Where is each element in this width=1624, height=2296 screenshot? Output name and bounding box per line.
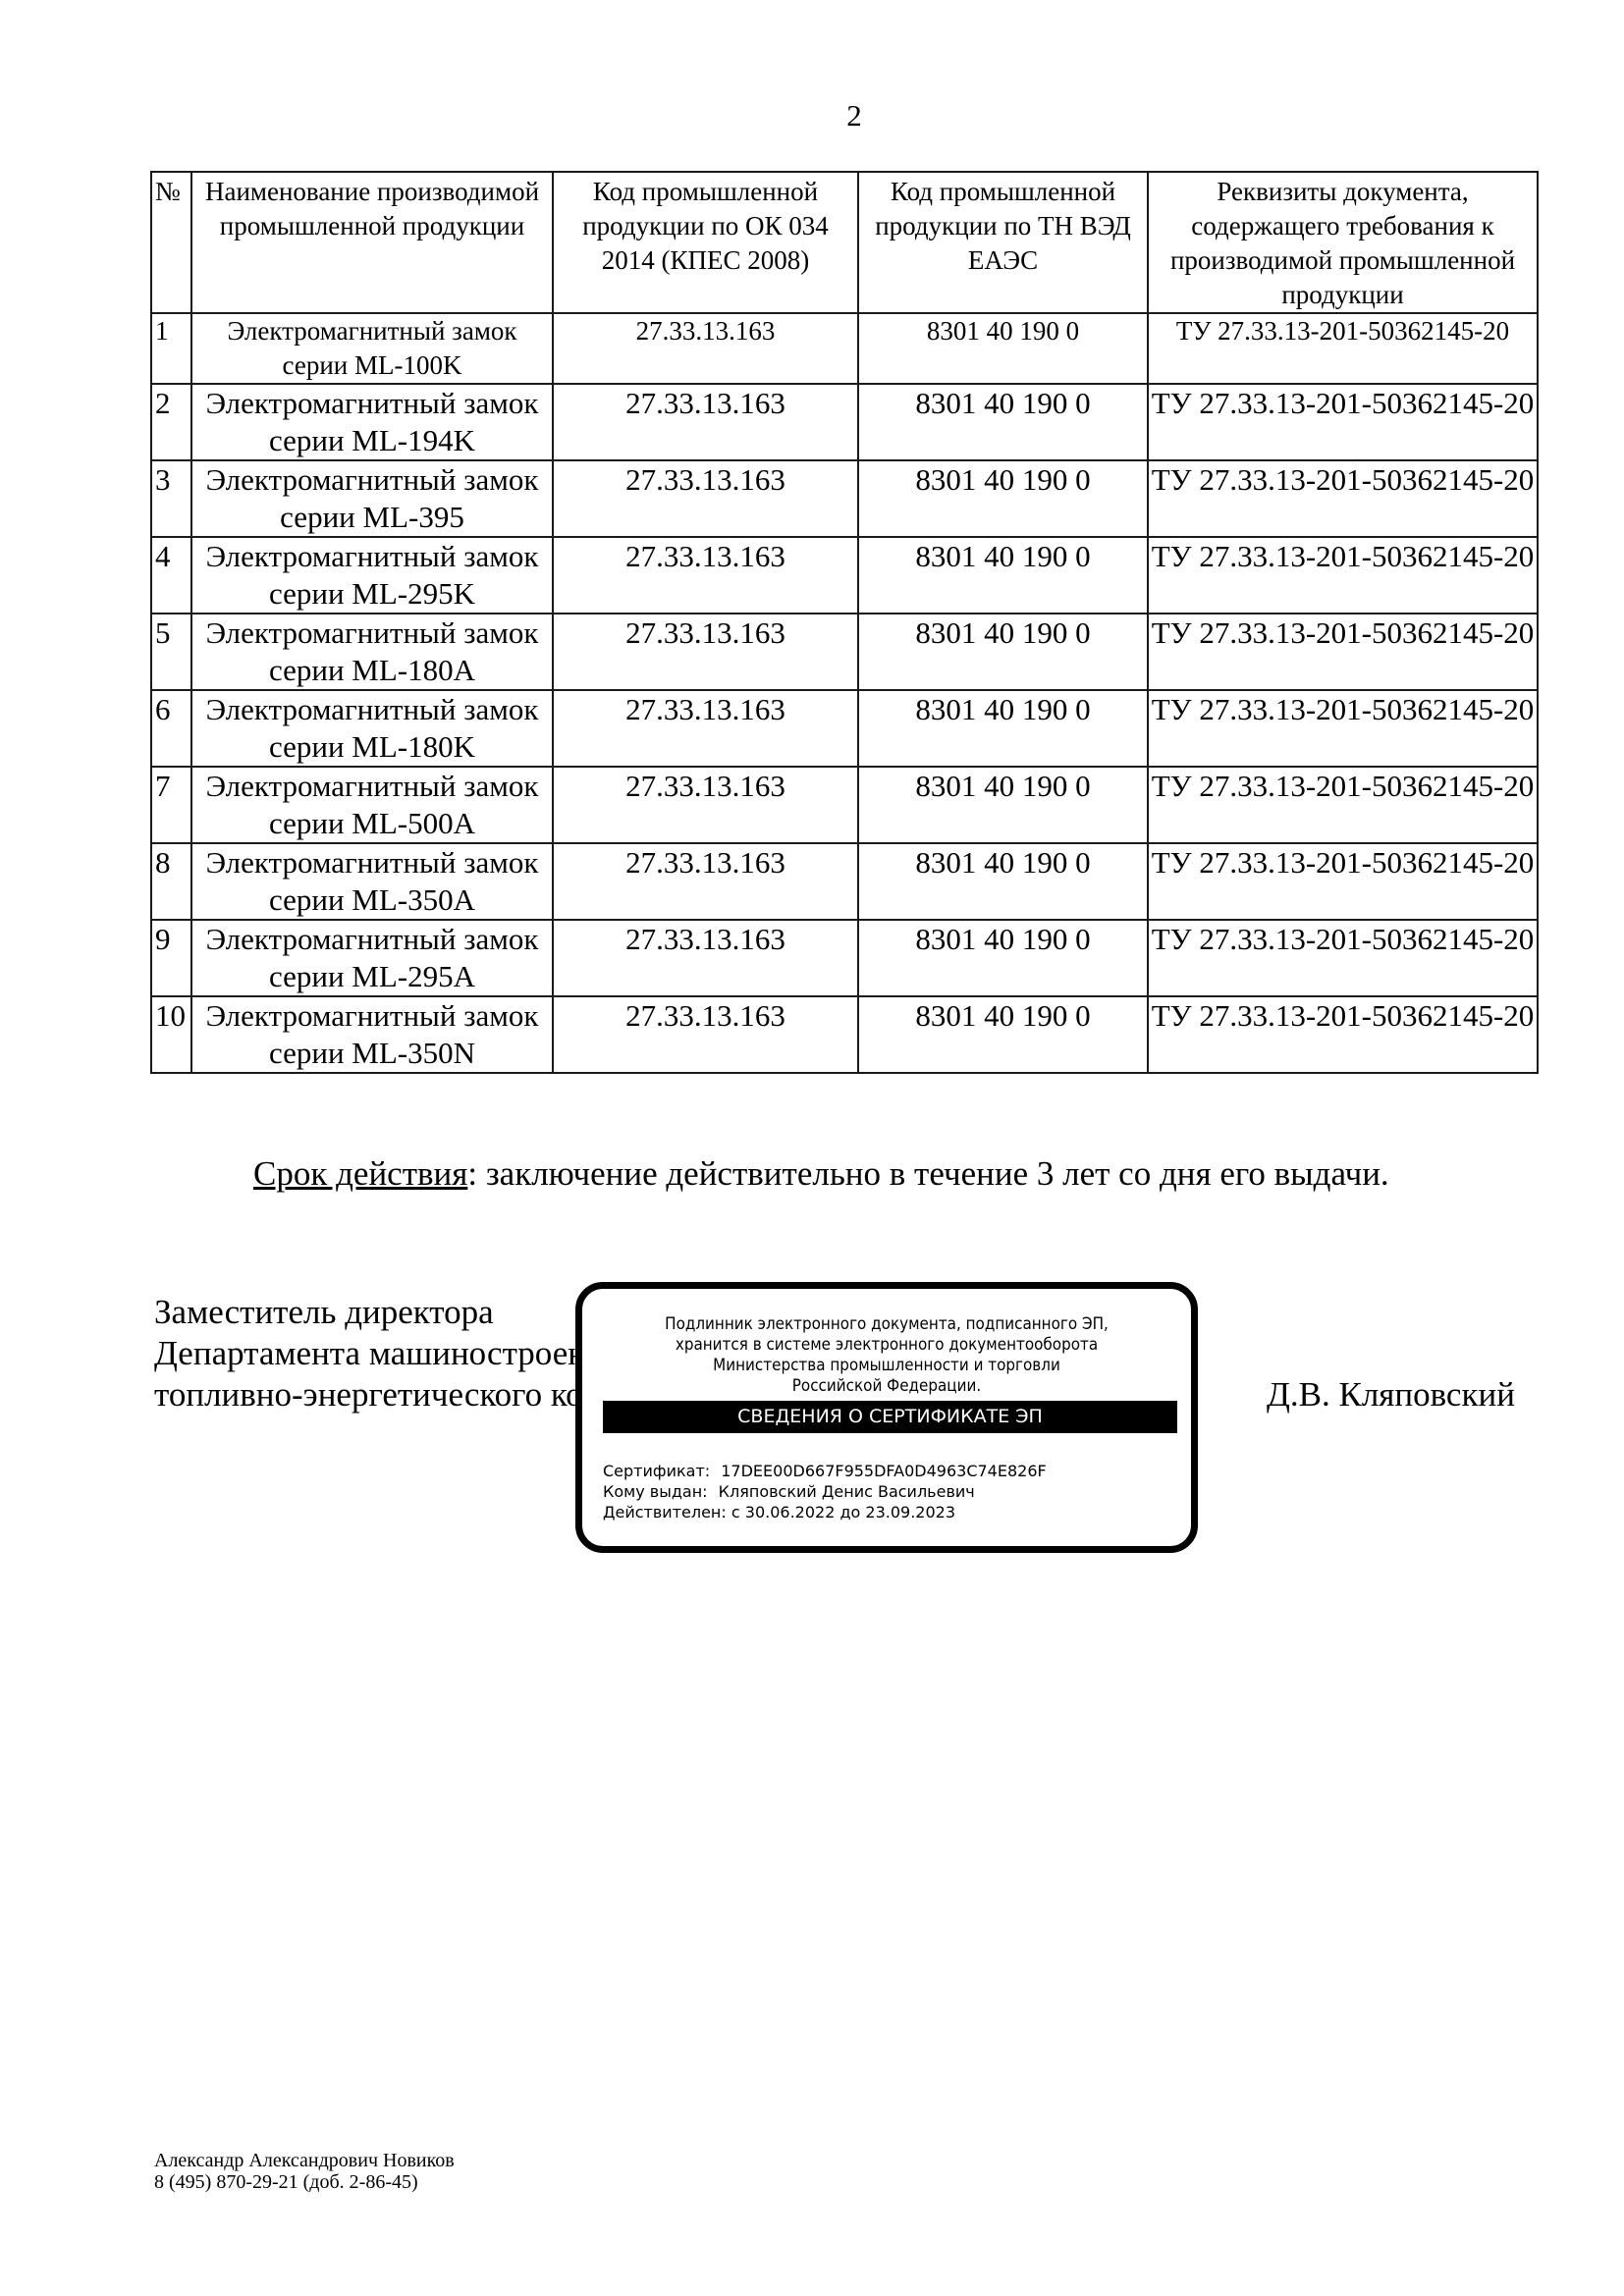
cell-okpd: 27.33.13.163	[553, 690, 858, 767]
cert-owner-value: Кляповский Денис Васильевич	[719, 1482, 975, 1501]
table-row: 10Электромагнитный замок серии ML-350N27…	[151, 996, 1538, 1073]
cell-tu: ТУ 27.33.13-201-50362145-20	[1148, 384, 1538, 460]
table-row: 5Электромагнитный замок серии ML-180A27.…	[151, 614, 1538, 690]
cert-number-value: 17DEE00D667F955DFA0D4963C74E826F	[721, 1462, 1046, 1480]
cert-owner-row: Кому выдан: Кляповский Денис Васильевич	[603, 1481, 1047, 1502]
cert-owner-label: Кому выдан:	[603, 1482, 708, 1501]
header-num: №	[151, 172, 191, 313]
cell-tnved: 8301 40 190 0	[858, 537, 1148, 614]
cell-tnved: 8301 40 190 0	[858, 313, 1148, 384]
cell-name: Электромагнитный замок серии ML-295K	[191, 537, 553, 614]
cell-tu: ТУ 27.33.13-201-50362145-20	[1148, 767, 1538, 843]
table-header-row: № Наименование производимой промышленной…	[151, 172, 1538, 313]
table-row: 8Электромагнитный замок серии ML-350A27.…	[151, 843, 1538, 920]
cell-num: 6	[151, 690, 191, 767]
cell-okpd: 27.33.13.163	[553, 384, 858, 460]
cell-tu: ТУ 27.33.13-201-50362145-20	[1148, 537, 1538, 614]
header-tnved: Код промышленной продукции по ТН ВЭД ЕАЭ…	[858, 172, 1148, 313]
stamp-notice-line: Российской Федерации.	[607, 1375, 1166, 1396]
cell-tu: ТУ 27.33.13-201-50362145-20	[1148, 920, 1538, 996]
cert-number-label: Сертификат:	[603, 1462, 710, 1480]
cell-okpd: 27.33.13.163	[553, 843, 858, 920]
cell-tnved: 8301 40 190 0	[858, 996, 1148, 1073]
cell-name: Электромагнитный замок серии ML-500A	[191, 767, 553, 843]
header-name: Наименование производимой промышленной п…	[191, 172, 553, 313]
validity-statement: Срок действия: заключение действительно …	[253, 1153, 1389, 1195]
cell-tnved: 8301 40 190 0	[858, 843, 1148, 920]
header-okpd: Код промышленной продукции по ОК 034 201…	[553, 172, 858, 313]
cell-name: Электромагнитный замок серии ML-295A	[191, 920, 553, 996]
cell-tu: ТУ 27.33.13-201-50362145-20	[1148, 843, 1538, 920]
table-row: 4Электромагнитный замок серии ML-295K27.…	[151, 537, 1538, 614]
table-row: 2Электромагнитный замок серии ML-194K27.…	[151, 384, 1538, 460]
footer-contact: Александр Александрович Новиков 8 (495) …	[154, 2150, 455, 2193]
cell-tu: ТУ 27.33.13-201-50362145-20	[1148, 996, 1538, 1073]
cell-okpd: 27.33.13.163	[553, 460, 858, 537]
cell-num: 10	[151, 996, 191, 1073]
stamp-cert-header: СВЕДЕНИЯ О СЕРТИФИКАТЕ ЭП	[603, 1401, 1177, 1433]
table-body: 1Электромагнитный замок серии ML-100K27.…	[151, 313, 1538, 1073]
products-table: № Наименование производимой промышленной…	[150, 171, 1539, 1074]
cell-num: 3	[151, 460, 191, 537]
cell-num: 2	[151, 384, 191, 460]
cell-num: 4	[151, 537, 191, 614]
table-row: 3Электромагнитный замок серии ML-39527.3…	[151, 460, 1538, 537]
cell-tu: ТУ 27.33.13-201-50362145-20	[1148, 614, 1538, 690]
cell-okpd: 27.33.13.163	[553, 920, 858, 996]
cert-number-row: Сертификат: 17DEE00D667F955DFA0D4963C74E…	[603, 1461, 1047, 1481]
contact-phone: 8 (495) 870-29-21 (доб. 2-86-45)	[154, 2171, 455, 2193]
stamp-notice-line: Подлинник электронного документа, подпис…	[607, 1313, 1166, 1334]
cell-num: 9	[151, 920, 191, 996]
signer-name: Д.В. Кляповский	[1267, 1374, 1515, 1415]
cell-num: 1	[151, 313, 191, 384]
table-row: 1Электромагнитный замок серии ML-100K27.…	[151, 313, 1538, 384]
cell-tnved: 8301 40 190 0	[858, 614, 1148, 690]
cell-name: Электромагнитный замок серии ML-350A	[191, 843, 553, 920]
cell-tu: ТУ 27.33.13-201-50362145-20	[1148, 460, 1538, 537]
table-row: 6Электромагнитный замок серии ML-180K27.…	[151, 690, 1538, 767]
validity-text: : заключение действительно в течение 3 л…	[467, 1154, 1388, 1193]
cell-num: 7	[151, 767, 191, 843]
cell-okpd: 27.33.13.163	[553, 767, 858, 843]
cell-tu: ТУ 27.33.13-201-50362145-20	[1148, 313, 1538, 384]
cert-validity-value: с 30.06.2022 до 23.09.2023	[731, 1503, 955, 1522]
cell-tnved: 8301 40 190 0	[858, 920, 1148, 996]
header-tu: Реквизиты документа, содержащего требова…	[1148, 172, 1538, 313]
stamp-notice: Подлинник электронного документа, подпис…	[607, 1313, 1166, 1396]
cell-okpd: 27.33.13.163	[553, 537, 858, 614]
stamp-cert-details: Сертификат: 17DEE00D667F955DFA0D4963C74E…	[603, 1461, 1047, 1522]
cell-num: 5	[151, 614, 191, 690]
table-row: 7Электромагнитный замок серии ML-500A27.…	[151, 767, 1538, 843]
cell-name: Электромагнитный замок серии ML-194K	[191, 384, 553, 460]
cert-validity-label: Действителен:	[603, 1503, 727, 1522]
table-row: 9Электромагнитный замок серии ML-295A27.…	[151, 920, 1538, 996]
cell-tnved: 8301 40 190 0	[858, 460, 1148, 537]
cell-okpd: 27.33.13.163	[553, 313, 858, 384]
cell-tnved: 8301 40 190 0	[858, 767, 1148, 843]
cell-name: Электромагнитный замок серии ML-100K	[191, 313, 553, 384]
cell-name: Электромагнитный замок серии ML-395	[191, 460, 553, 537]
validity-label: Срок действия	[253, 1154, 467, 1193]
cell-name: Электромагнитный замок серии ML-180K	[191, 690, 553, 767]
contact-name: Александр Александрович Новиков	[154, 2150, 455, 2171]
page-number: 2	[0, 98, 1624, 133]
cell-name: Электромагнитный замок серии ML-350N	[191, 996, 553, 1073]
cell-okpd: 27.33.13.163	[553, 996, 858, 1073]
cell-tu: ТУ 27.33.13-201-50362145-20	[1148, 690, 1538, 767]
cell-tnved: 8301 40 190 0	[858, 690, 1148, 767]
stamp-notice-line: хранится в системе электронного документ…	[607, 1334, 1166, 1355]
stamp-notice-line: Министерства промышленности и торговли	[607, 1355, 1166, 1375]
cell-name: Электромагнитный замок серии ML-180A	[191, 614, 553, 690]
e-signature-stamp: Подлинник электронного документа, подпис…	[575, 1282, 1198, 1553]
cell-num: 8	[151, 843, 191, 920]
cell-okpd: 27.33.13.163	[553, 614, 858, 690]
cell-tnved: 8301 40 190 0	[858, 384, 1148, 460]
cert-validity-row: Действителен: с 30.06.2022 до 23.09.2023	[603, 1502, 1047, 1522]
